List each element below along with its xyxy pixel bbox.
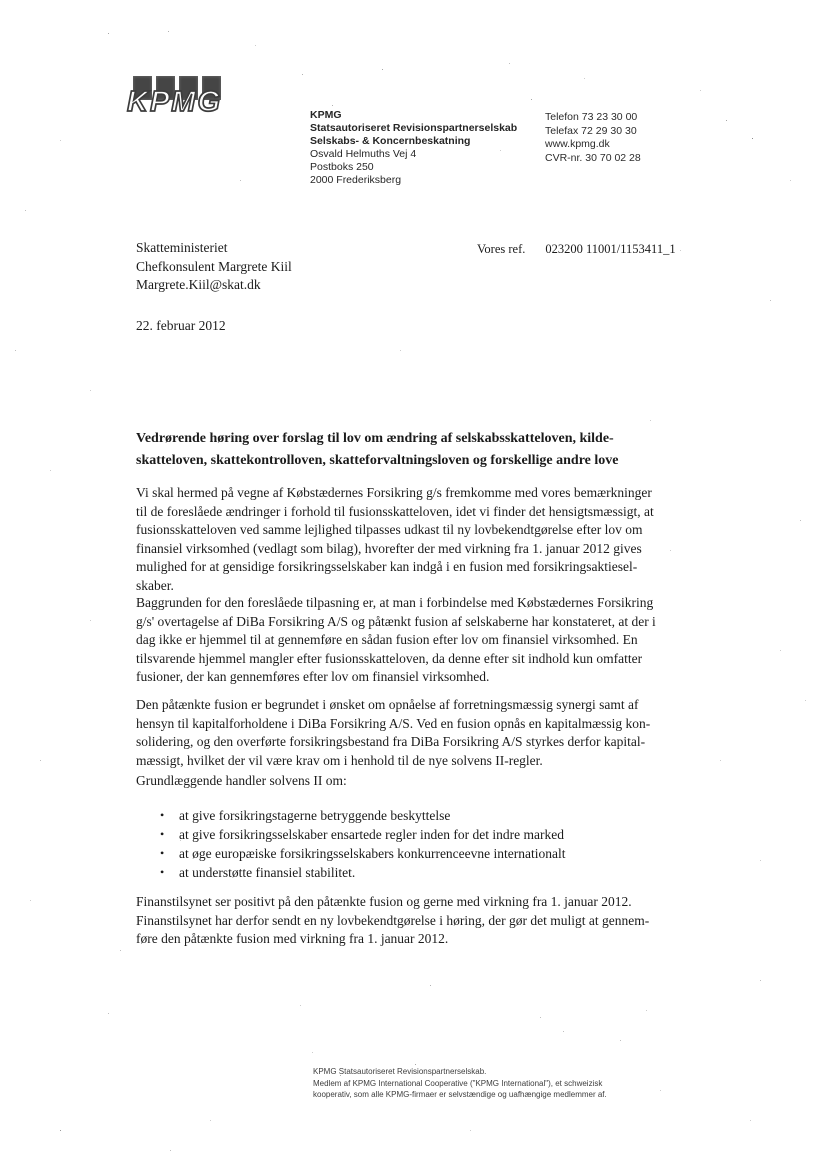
subject-heading: Vedrørende høring over forslag til lov o… xyxy=(136,428,756,472)
bullet-text: at give forsikringsselskaber ensartede r… xyxy=(179,825,564,844)
reference-block: Vores ref. 023200 11001/1153411_1 xyxy=(477,242,676,257)
sender-contact-details: Telefon 73 23 30 00 Telefax 72 29 30 30 … xyxy=(545,111,641,165)
kpmg-logo-text: KPMG xyxy=(127,86,222,119)
sender-address: Osvald Helmuths Vej 4 Postboks 250 2000 … xyxy=(310,148,517,187)
footer-legal-text: KPMG Statsautoriseret Revisionspartnerse… xyxy=(313,1066,713,1101)
bullet-item: • at understøtte finansiel stabilitet. xyxy=(160,863,720,882)
body-paragraph-2: Baggrunden for den foreslåede tilpasning… xyxy=(136,594,764,687)
recipient-block: Skatteministeriet Chefkonsulent Margrete… xyxy=(136,239,292,295)
solvens-bullet-list: • at give forsikringstagerne betryggende… xyxy=(160,806,720,882)
bullet-marker: • xyxy=(160,844,179,863)
bullet-text: at understøtte finansiel stabilitet. xyxy=(179,863,355,882)
bullet-item: • at give forsikringsselskaber ensartede… xyxy=(160,825,720,844)
sender-block: KPMG Statsautoriseret Revisionspartnerse… xyxy=(310,109,517,187)
bullet-text: at give forsikringstagerne betryggende b… xyxy=(179,806,450,825)
letter-date: 22. februar 2012 xyxy=(136,318,226,334)
solvens-intro-line: Grundlæggende handler solvens II om: xyxy=(136,772,764,791)
bullet-marker: • xyxy=(160,863,179,882)
bullet-item: • at øge europæiske forsikringsselskaber… xyxy=(160,844,720,863)
body-paragraph-4: Finanstilsynet ser positivt på den påtæn… xyxy=(136,893,764,949)
body-paragraph-3: Den påtænkte fusion er begrundet i ønske… xyxy=(136,696,764,770)
sender-firm-name: KPMG Statsautoriseret Revisionspartnerse… xyxy=(310,109,517,148)
bullet-text: at øge europæiske forsikringsselskabers … xyxy=(179,844,566,863)
scanned-letter-page: KPMG KPMG Statsautoriseret Revisionspart… xyxy=(0,0,827,1170)
bullet-item: • at give forsikringstagerne betryggende… xyxy=(160,806,720,825)
reference-value: 023200 11001/1153411_1 xyxy=(545,242,675,257)
scan-noise xyxy=(0,0,1,1)
kpmg-logo: KPMG xyxy=(133,76,243,128)
bullet-marker: • xyxy=(160,806,179,825)
reference-label: Vores ref. xyxy=(477,242,525,257)
bullet-marker: • xyxy=(160,825,179,844)
body-paragraph-1: Vi skal hermed på vegne af Købstædernes … xyxy=(136,484,764,595)
